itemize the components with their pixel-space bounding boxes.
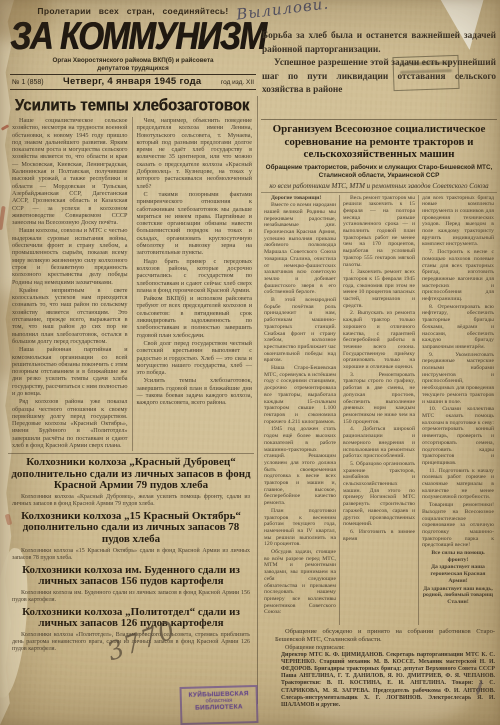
- fund-report-headline: Колхозники колхоза „Красный Дубровец“ до…: [8, 457, 254, 492]
- article-paragraph: Чем, например, объяснить поведение предс…: [137, 117, 253, 190]
- article-paragraph: 1. Закончить ремонт всех тракторов к 15 …: [343, 269, 415, 309]
- fund-reports-section: Колхозники колхоза „Красный Дубровец“ до…: [6, 453, 256, 655]
- masthead: Пролетарии всех стран, соединяйтесь! ЗА …: [10, 6, 256, 90]
- faded-inventory-stamp: [392, 55, 459, 91]
- article-paragraph: 9. Укомплектовать передвижные мастерские…: [422, 352, 494, 406]
- fund-report-headline: Колхозники колхоза „Политотдел“ сдали из…: [8, 607, 254, 630]
- fund-report-body: Колхозники колхоза им. Буденного сдали и…: [12, 590, 250, 604]
- article-paragraph: Наше социалистическое сельское хозяйство…: [12, 117, 128, 226]
- section-rule: [261, 119, 497, 120]
- article-paragraph: 1945 год должен стать годом ещё более вы…: [264, 426, 336, 506]
- slogan-line: Все силы на помощь фронту!: [422, 550, 494, 563]
- article-paragraph: С такими позорными фактами примиренческо…: [137, 191, 253, 257]
- organ-line-2: депутатов трудящихся: [10, 65, 256, 73]
- signature-block: Обращение обсуждено и принято на собрани…: [261, 628, 497, 710]
- fund-report-body: Колхозники колхоза «Красный Дубровец», ж…: [12, 494, 250, 508]
- article-paragraph: 2. Выпускать из ремонта каждый трактор т…: [343, 310, 415, 370]
- slogan-line: Да здравствует наша героическая Красная …: [422, 564, 494, 584]
- right-article-headline: Организуем Всесоюзное социалистическое с…: [263, 123, 495, 161]
- organ-line-1: Орган Хворостянского райкома ВКП(б) и ра…: [10, 57, 256, 65]
- article-paragraph: Усилить темпы хлебозаготовок, завершить …: [137, 377, 253, 406]
- article-paragraph: 5. Образцово организовать хранение тракт…: [343, 461, 415, 528]
- article-paragraph: Весь ремонт тракторов мы решили закончит…: [343, 195, 415, 269]
- article-column: Чем, например, объяснить поведение предс…: [132, 117, 257, 451]
- article-paragraph: Свой долг перед государством честный сов…: [137, 340, 253, 376]
- handwriting-ink-note: Вылилови.: [235, 0, 330, 24]
- library-stamp-line-3: БИБЛИОТЕКА: [182, 703, 256, 712]
- epigraph-line-1: Борьба за хлеб была и останется важнейше…: [262, 30, 496, 57]
- article-paragraph: для всех тракторных бригад новые комплек…: [422, 195, 494, 249]
- library-stamp: КУЙБЫШЕВСКАЯ областная БИБЛИОТЕКА: [180, 685, 259, 725]
- article-paragraph: 7. Построить к весне с помощью колхозов …: [422, 249, 494, 303]
- article-paragraph: 11. Подготовить к началу полевых работ г…: [422, 468, 494, 502]
- right-article-columns: Дорогие товарищи! Вместе со всеми народа…: [261, 195, 497, 625]
- right-article-section: Организуем Всесоюзное социалистическое с…: [261, 119, 497, 709]
- newspaper-title: ЗА КОММУНИЗМ: [10, 17, 256, 54]
- article-paragraph: Наши колхозы, совхозы и МТС с честью выд…: [12, 227, 128, 285]
- stamp-illegible-line: [400, 61, 452, 66]
- article-paragraph: Товарищи ремонтники! Выходите на Всесоюз…: [422, 502, 494, 549]
- epigraph-line-2: Успешное разрешение этой задачи есть кру…: [262, 57, 496, 98]
- article-paragraph: Вместе со всеми народами нашей великой Р…: [264, 202, 336, 296]
- article-paragraph: Райком ВКП(б) и исполком райсовета требу…: [137, 295, 253, 339]
- article-paragraph: Ряд колхозов района уже показал образцы …: [12, 398, 128, 449]
- fund-report-headline: Колхозники колхоза „15 Красный Октябрь“ …: [8, 511, 254, 546]
- article-column: Дорогие товарищи! Вместе со всеми народа…: [261, 195, 339, 625]
- newspaper-page: Пролетарии всех стран, соединяйтесь! ЗА …: [0, 0, 500, 725]
- stamp-illegible-line: [400, 69, 452, 74]
- article-column: Наше социалистическое сельское хозяйство…: [8, 117, 132, 451]
- article-paragraph: Крайне неприятным в свете колоссальных у…: [12, 287, 128, 345]
- issue-number: № 1 (858): [12, 79, 44, 86]
- article-paragraph: В этой всенародной борьбе почётная роль …: [264, 297, 336, 364]
- article-paragraph: Наша районная партийная и комсомольская …: [12, 346, 128, 397]
- article-paragraph: Надо брать пример с передовых колхозов р…: [137, 258, 253, 294]
- epigraph: Борьба за хлеб была и останется важнейше…: [262, 30, 496, 98]
- left-article-columns: Наше социалистическое сельское хозяйство…: [8, 117, 256, 451]
- fund-report-headline: Колхозники колхоза им. Буденного сдали и…: [8, 565, 254, 588]
- article-paragraph: Наша Старо-Бешевская МТС, соревнуясь в и…: [264, 365, 336, 425]
- organ-lines: Орган Хворостянского райкома ВКП(б) и ра…: [10, 57, 256, 72]
- right-article-subhead: Обращение трактористов, рабочих и служащ…: [265, 164, 493, 180]
- left-article-headline: Усилить темпы хлебозаготовок: [8, 96, 256, 115]
- section-rule: [8, 453, 254, 454]
- slogan-line: Да здравствует наш вождь, родной, любимы…: [422, 586, 494, 606]
- article-column: Весь ремонт тракторов мы решили закончит…: [339, 195, 418, 625]
- issue-row: № 1 (858) Четверг, 4 января 1945 года го…: [10, 74, 256, 90]
- right-article-address-line: ко всем работникам МТС, МТМ и ремонтных …: [261, 182, 497, 193]
- article-paragraph: Обсудив задачи, стоящие во всём разрезе …: [264, 549, 336, 616]
- article-paragraph: План подготовки тракторов к весенним раб…: [264, 508, 336, 548]
- article-paragraph: 6. Изготовить в зимнее время: [343, 529, 415, 542]
- article-paragraph: 8. Отремонтировать всю нефтетару, обеспе…: [422, 304, 494, 351]
- article-paragraph: 10. Силами коллектива МТС оказать помощь…: [422, 406, 494, 466]
- article-paragraph: 3. Ремонтировать тракторы строго по граф…: [343, 372, 415, 426]
- adopted-note: Обращение обсуждено и принято на собрани…: [275, 628, 495, 644]
- salutation: Дорогие товарищи!: [264, 195, 336, 202]
- signatures: Директор МТС К. Ф. ЦИМИДАНОВ. Секретарь …: [275, 652, 495, 710]
- fund-report-body: Колхозники колхоза «15 Красный Октябрь» …: [12, 548, 250, 562]
- edition-year: год изд. XII: [221, 79, 254, 86]
- main-column-divider: [257, 96, 258, 704]
- article-paragraph: Однако рядом с честными колхозами имеютс…: [12, 450, 128, 451]
- signed-intro: Обращение подписали:: [275, 645, 495, 651]
- article-paragraph: 4. Добиться широкой рационализации и все…: [343, 426, 415, 460]
- article-column: для всех тракторных бригад новые комплек…: [418, 195, 497, 625]
- issue-date: Четверг, 4 января 1945 года: [63, 76, 201, 87]
